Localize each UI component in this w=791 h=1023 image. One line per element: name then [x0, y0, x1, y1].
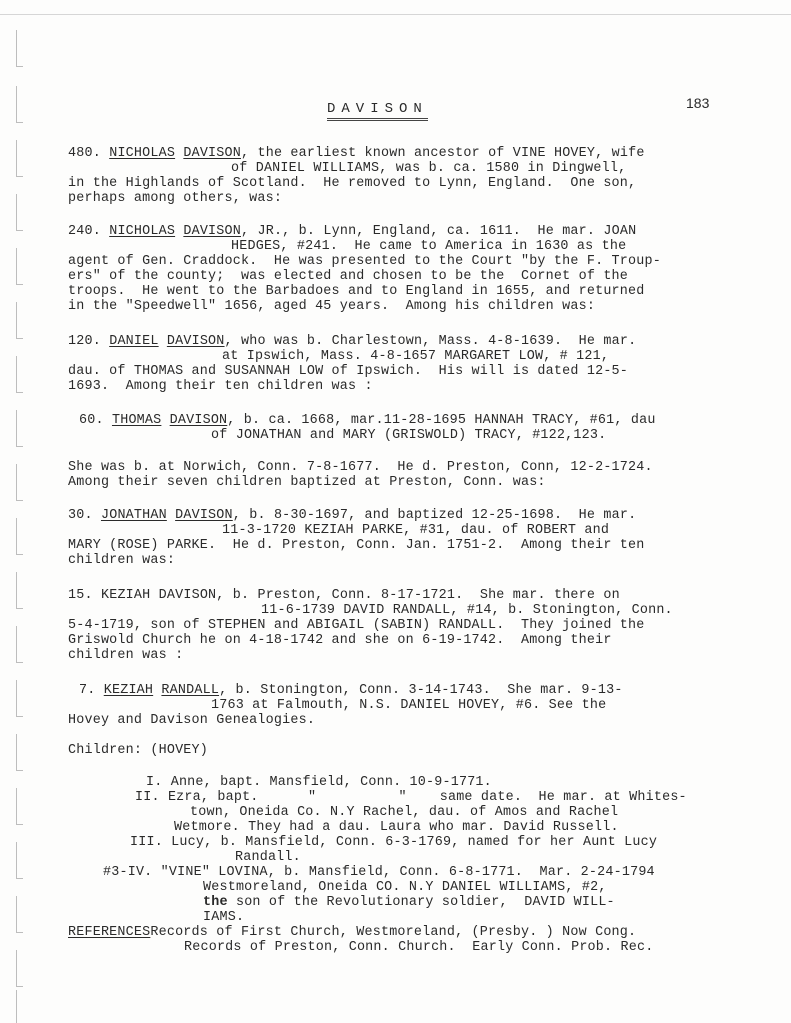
- entry-line: 11-6-1739 DAVID RANDALL, #14, b. Stoning…: [261, 603, 673, 618]
- entry-heading: 15. KEZIAH DAVISON, b. Preston, Conn. 8-…: [68, 588, 620, 603]
- entry-line: 1693. Among their ten children was :: [68, 379, 373, 394]
- margin-mark: [16, 194, 23, 231]
- margin-mark: [16, 842, 23, 879]
- entry-line: She was b. at Norwich, Conn. 7-8-1677. H…: [68, 460, 653, 475]
- margin-mark: [16, 680, 23, 717]
- entry-line: HEDGES, #241. He came to America in 1630…: [231, 239, 626, 254]
- page-top-edge: [0, 14, 791, 15]
- entry-line: at Ipswich, Mass. 4-8-1657 MARGARET LOW,…: [222, 349, 609, 364]
- entry-line: agent of Gen. Craddock. He was presented…: [68, 254, 661, 269]
- entry-heading: 30. JONATHAN DAVISON, b. 8-30-1697, and …: [68, 508, 636, 523]
- margin-mark: [16, 464, 23, 501]
- entry-heading: 60. THOMAS DAVISON, b. ca. 1668, mar.11-…: [79, 413, 656, 428]
- margin-mark: [16, 302, 23, 339]
- references-line: REFERENCESRecords of First Church, Westm…: [68, 925, 636, 940]
- margin-mark: [16, 896, 23, 933]
- margin-mark: [16, 248, 23, 285]
- entry-line: children was :: [68, 648, 183, 663]
- entry-line: Hovey and Davison Genealogies.: [68, 713, 315, 728]
- child-line: IAMS.: [203, 910, 244, 925]
- child-line: #3-IV. "VINE" LOVINA, b. Mansfield, Conn…: [103, 865, 655, 880]
- entry-line: of DANIEL WILLIAMS, was b. ca. 1580 in D…: [231, 161, 626, 176]
- margin-mark: [16, 140, 23, 177]
- entry-line: of JONATHAN and MARY (GRISWOLD) TRACY, #…: [211, 428, 606, 443]
- entry-line: dau. of THOMAS and SUSANNAH LOW of Ipswi…: [68, 364, 628, 379]
- entry-line: 5-4-1719, son of STEPHEN and ABIGAIL (SA…: [68, 618, 645, 633]
- child-line: II. Ezra, bapt. " " same date. He mar. a…: [135, 790, 687, 805]
- child-line: town, Oneida Co. N.Y Rachel, dau. of Amo…: [190, 805, 618, 820]
- entry-line: troops. He went to the Barbadoes and to …: [68, 284, 645, 299]
- child-line: III. Lucy, b. Mansfield, Conn. 6-3-1769,…: [130, 835, 657, 850]
- margin-mark: [16, 626, 23, 663]
- margin-mark: [16, 86, 23, 123]
- references-line: Records of Preston, Conn. Church. Early …: [184, 940, 653, 955]
- children-heading: Children: (HOVEY): [68, 743, 208, 758]
- margin-mark: [16, 30, 23, 67]
- entry-line: 11-3-1720 KEZIAH PARKE, #31, dau. of ROB…: [222, 523, 609, 538]
- entry-line: children was:: [68, 553, 175, 568]
- child-line: I. Anne, bapt. Mansfield, Conn. 10-9-177…: [146, 775, 492, 790]
- entry-line: Griswold Church he on 4-18-1742 and she …: [68, 633, 612, 648]
- margin-mark: [16, 410, 23, 447]
- entry-line: Among their seven children baptized at P…: [68, 475, 546, 490]
- entry-line: in the "Speedwell" 1656, aged 45 years. …: [68, 299, 595, 314]
- child-line: the son of the Revolutionary soldier, DA…: [203, 895, 615, 910]
- margin-mark: [16, 734, 23, 771]
- entry-heading: 480. NICHOLAS DAVISON, the earliest know…: [68, 146, 645, 161]
- child-line: Wetmore. They had a dau. Laura who mar. …: [174, 820, 619, 835]
- page-title: DAVISON: [327, 101, 428, 117]
- margin-mark: [16, 990, 23, 1023]
- entry-line: 1763 at Falmouth, N.S. DANIEL HOVEY, #6.…: [211, 698, 606, 713]
- margin-mark: [16, 950, 23, 987]
- margin-mark: [16, 356, 23, 393]
- child-line: Westmoreland, Oneida CO. N.Y DANIEL WILL…: [203, 880, 607, 895]
- entry-line: MARY (ROSE) PARKE. He d. Preston, Conn. …: [68, 538, 645, 553]
- entry-line: ers" of the county; was elected and chos…: [68, 269, 628, 284]
- child-line: Randall.: [235, 850, 301, 865]
- entry-heading: 120. DANIEL DAVISON, who was b. Charlest…: [68, 334, 636, 349]
- margin-mark: [16, 518, 23, 555]
- entry-heading: 7. KEZIAH RANDALL, b. Stonington, Conn. …: [79, 683, 623, 698]
- entry-line: in the Highlands of Scotland. He removed…: [68, 176, 636, 191]
- margin-mark: [16, 572, 23, 609]
- margin-mark: [16, 788, 23, 825]
- page-number: 183: [686, 95, 709, 111]
- entry-heading: 240. NICHOLAS DAVISON, JR., b. Lynn, Eng…: [68, 224, 636, 239]
- entry-line: perhaps among others, was:: [68, 191, 282, 206]
